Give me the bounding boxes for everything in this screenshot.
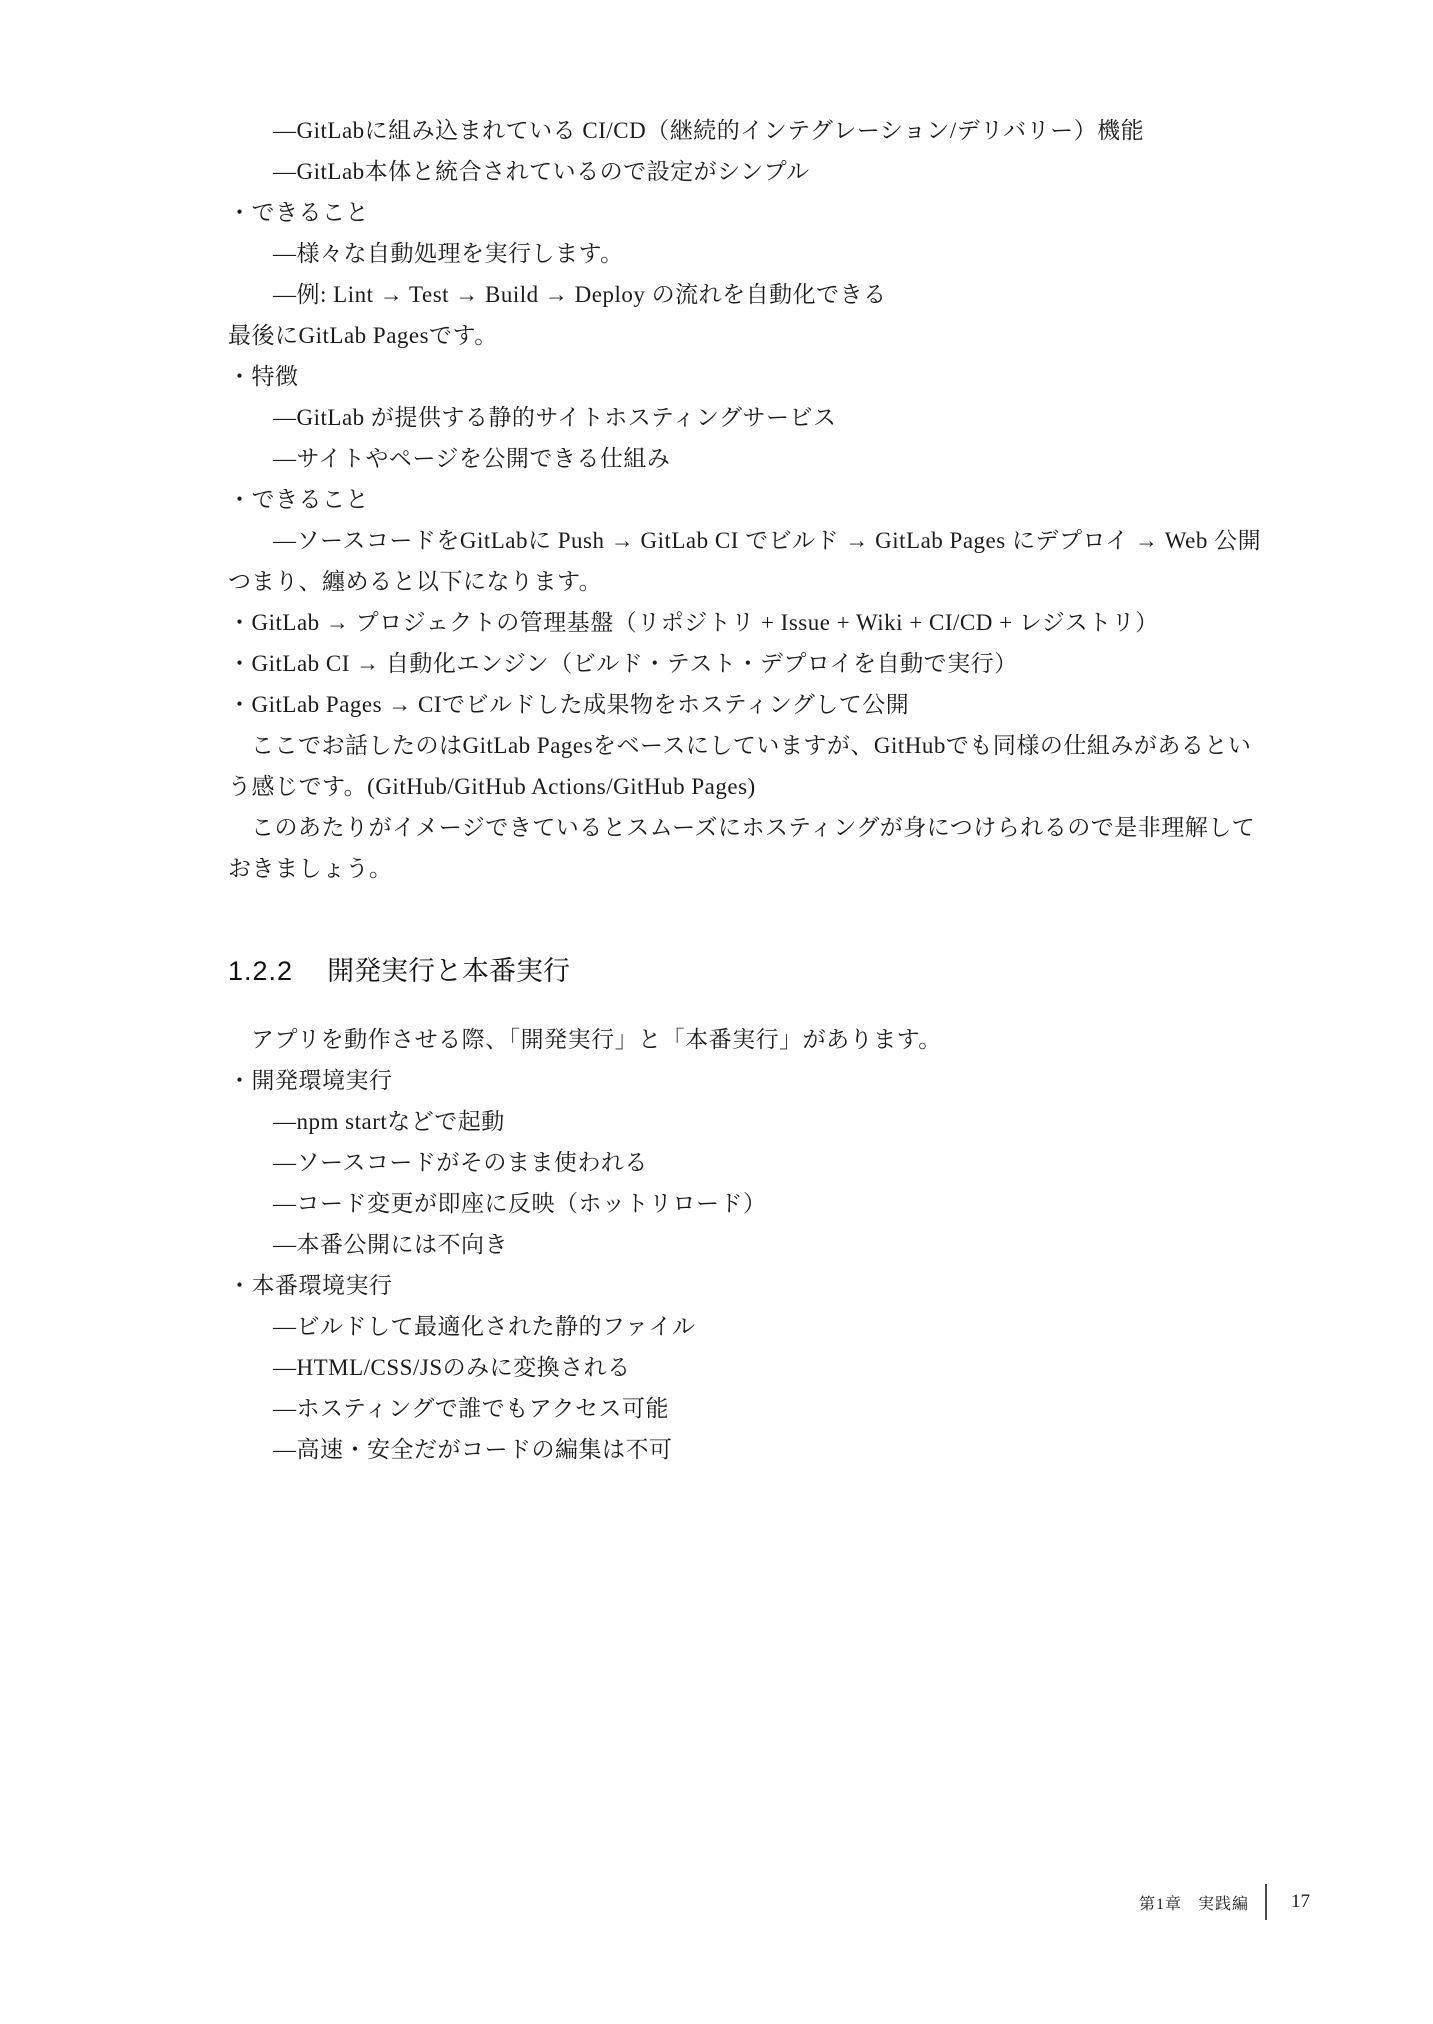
page-footer: 第1章 実践編 17 [1139,1882,1310,1922]
footer-divider [1265,1884,1267,1920]
text-line: う感じです。(GitHub/GitHub Actions/GitHub Page… [228,766,1228,807]
text-line: ―コード変更が即座に反映（ホットリロード） [228,1183,1228,1224]
book-page: ―GitLabに組み込まれている CI/CD（継続的インテグレーション/デリバリ… [0,0,1433,2024]
page-body: ―GitLabに組み込まれている CI/CD（継続的インテグレーション/デリバリ… [228,110,1228,1470]
text-line: ―例: Lint → Test → Build → Deploy の流れを自動化… [228,274,1228,315]
text-line: ―ソースコードをGitLabに Push → GitLab CI でビルド → … [228,520,1228,561]
text-line: アプリを動作させる際、「開発実行」と「本番実行」があります。 [228,1019,1228,1060]
text-line: ・GitLab Pages → CIでビルドした成果物をホスティングして公開 [228,684,1228,725]
footer-chapter-label: 第1章 [1139,1891,1182,1914]
text-line: つまり、纏めると以下になります。 [228,561,1228,602]
text-line: ―ビルドして最適化された静的ファイル [228,1306,1228,1347]
text-line: ・開発環境実行 [228,1060,1228,1101]
text-line: ―GitLab が提供する静的サイトホスティングサービス [228,397,1228,438]
text-line: ―GitLabに組み込まれている CI/CD（継続的インテグレーション/デリバリ… [228,110,1228,151]
text-line: ―本番公開には不向き [228,1224,1228,1265]
text-line: ・GitLab CI → 自動化エンジン（ビルド・テスト・デプロイを自動で実行） [228,643,1228,684]
text-line: ・できること [228,192,1228,233]
text-line: ここでお話したのはGitLab Pagesをベースにしていますが、GitHubで… [228,725,1228,766]
text-line: ―npm startなどで起動 [228,1101,1228,1142]
text-line: ・本番環境実行 [228,1265,1228,1306]
text-line: おきましょう。 [228,848,1228,889]
text-line: 最後にGitLab Pagesです。 [228,315,1228,356]
text-line: このあたりがイメージできているとスムーズにホスティングが身につけられるので是非理… [228,807,1228,848]
section-heading: 1.2.2開発実行と本番実行 [228,953,1228,989]
text-line: ・GitLab → プロジェクトの管理基盤（リポジトリ + Issue + Wi… [228,602,1228,643]
text-line: ・特徴 [228,356,1228,397]
text-line: ―GitLab本体と統合されているので設定がシンプル [228,151,1228,192]
section-number: 1.2.2 [228,956,293,986]
text-line: ―様々な自動処理を実行します。 [228,233,1228,274]
page-number: 17 [1291,1891,1310,1913]
text-line: ―高速・安全だがコードの編集は不可 [228,1429,1228,1470]
section-title: 開発実行と本番実行 [327,956,570,986]
section-dev-vs-prod: アプリを動作させる際、「開発実行」と「本番実行」があります。・開発環境実行―np… [228,1019,1228,1470]
text-line: ―ソースコードがそのまま使われる [228,1142,1228,1183]
footer-edition-label: 実践編 [1198,1891,1249,1914]
text-line: ―ホスティングで誰でもアクセス可能 [228,1388,1228,1429]
text-line: ―HTML/CSS/JSのみに変換される [228,1347,1228,1388]
text-line: ―サイトやページを公開できる仕組み [228,438,1228,479]
section-gitlab-ci-pages: ―GitLabに組み込まれている CI/CD（継続的インテグレーション/デリバリ… [228,110,1228,889]
text-line: ・できること [228,479,1228,520]
